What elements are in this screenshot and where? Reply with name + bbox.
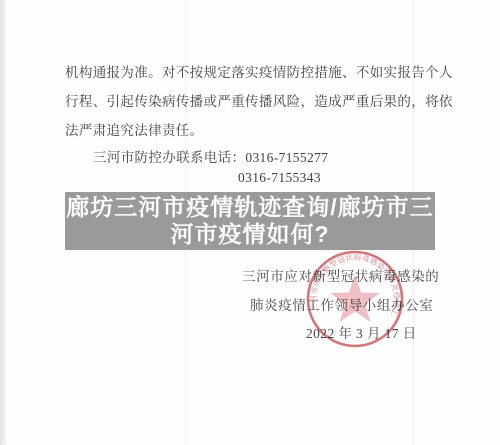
phone-number-2: 0316-7155343 <box>238 170 321 186</box>
overlay-title-line-1: 廊坊三河市疫情轨迹查询/廊坊市三 <box>66 194 433 221</box>
contact-label: 三河市防控办联系电话： <box>93 150 245 165</box>
official-red-seal: 三河市应对新型冠状病毒感染的肺炎疫情工作领导小组办公室 <box>303 247 407 351</box>
phone-number-1: 0316-7155277 <box>245 150 328 165</box>
page-left-edge <box>0 0 7 445</box>
body-text-line-3: 法严肃追究法律责任。 <box>65 119 204 139</box>
contact-phone-line: 三河市防控办联系电话：0316-7155277 <box>93 146 328 166</box>
document-page: 机构通报为准。对不按规定落实疫情防控措施、不如实报告个人 行程、引起传染病传播或… <box>0 0 500 445</box>
body-text-line-1: 机构通报为准。对不按规定落实疫情防控措施、不如实报告个人 <box>65 61 453 81</box>
body-text-line-2: 行程、引起传染病传播或严重传播风险，造成严重后果的，将依 <box>65 90 453 110</box>
overlay-title-line-2: 河市疫情如何? <box>170 221 329 248</box>
star-icon <box>330 275 379 322</box>
overlay-title-banner: 廊坊三河市疫情轨迹查询/廊坊市三 河市疫情如何? <box>65 192 435 250</box>
